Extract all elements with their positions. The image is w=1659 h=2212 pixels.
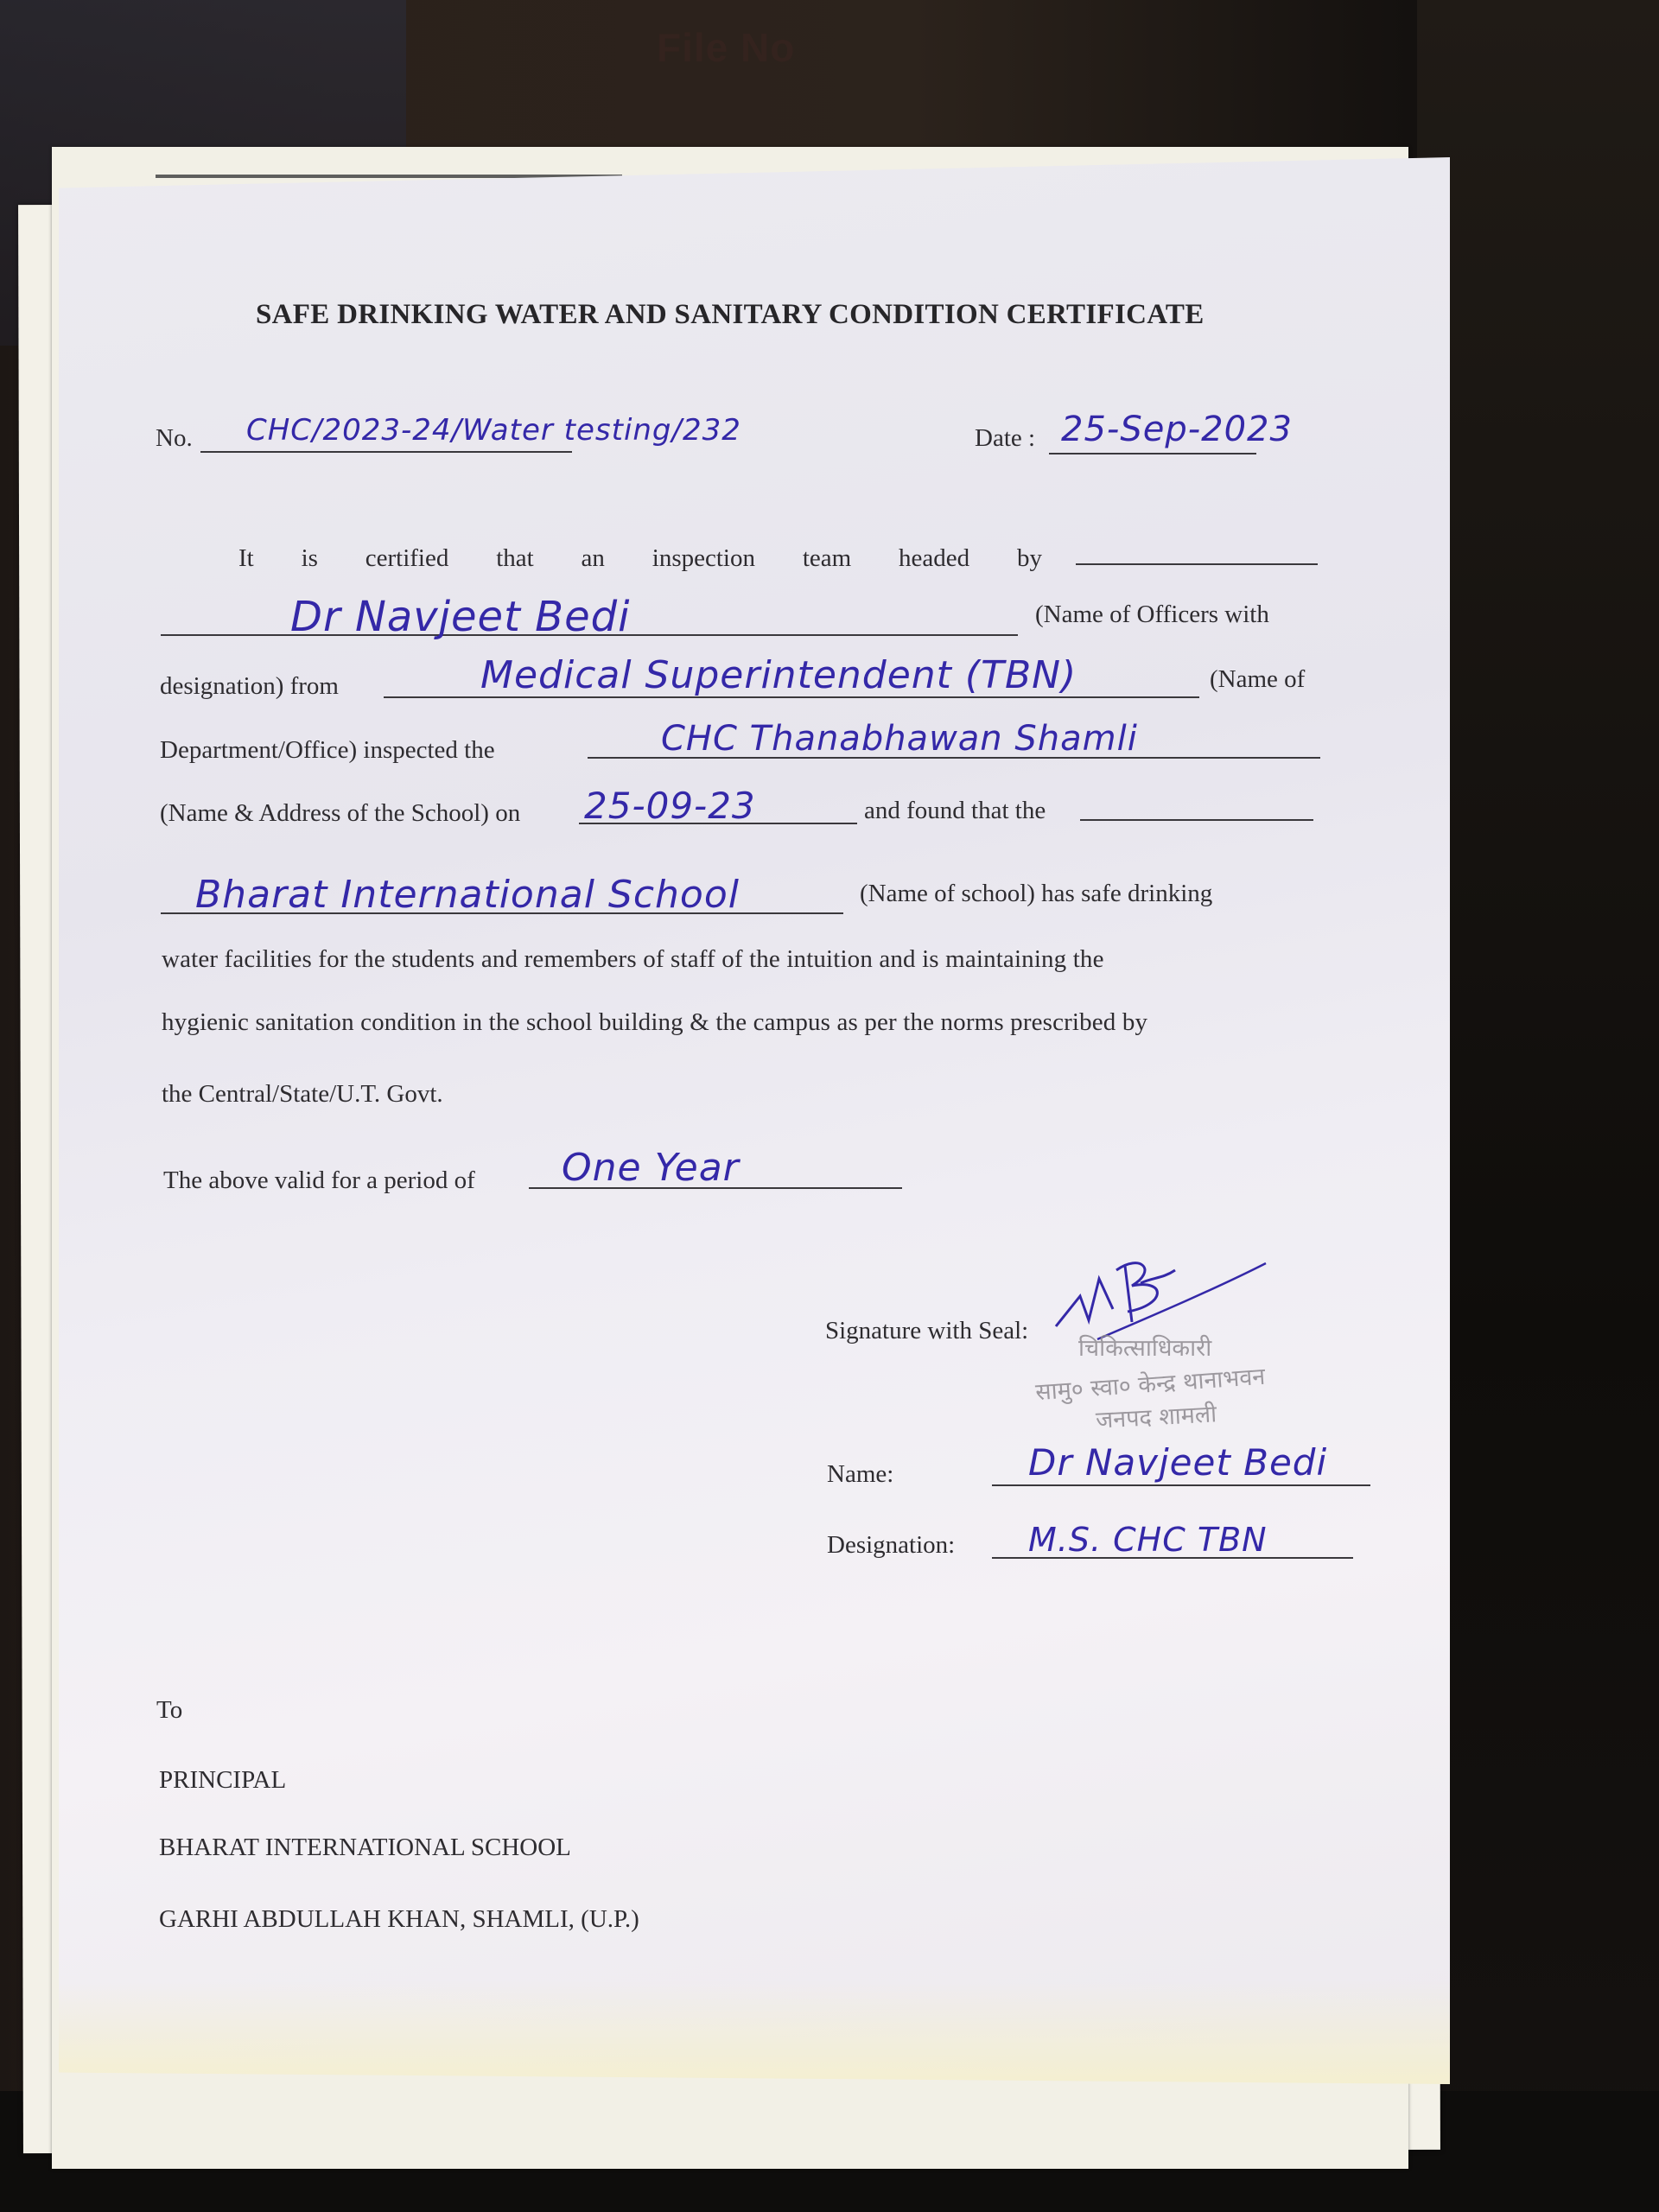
name-line xyxy=(992,1484,1370,1486)
name-label: Name: xyxy=(827,1460,893,1489)
school-address-label: (Name & Address of the School) on xyxy=(160,799,520,828)
intro-word: inspection xyxy=(652,544,755,573)
signatory-name: Dr Navjeet Bedi xyxy=(1028,1441,1327,1484)
paragraph-line-3: the Central/State/U.T. Govt. xyxy=(162,1080,443,1109)
inspected-prefix: Department/Office) inspected the xyxy=(160,736,495,765)
date-field-line xyxy=(1049,453,1256,454)
department-label: (Name of xyxy=(1210,665,1305,694)
officer-label: (Name of Officers with xyxy=(1035,601,1269,629)
intro-word: by xyxy=(1017,544,1042,573)
department-value: Medical Superintendent (TBN) xyxy=(480,653,1077,697)
seal-line-1: चिकित्साधिकारी xyxy=(1078,1331,1211,1363)
validity-value: One Year xyxy=(562,1146,740,1190)
intro-word: team xyxy=(803,544,851,573)
seal-line-3: जनपद शामली xyxy=(1095,1396,1217,1434)
recipient-line-3: GARHI ABDULLAH KHAN, SHAMLI, (U.P.) xyxy=(159,1905,639,1934)
certificate-title: SAFE DRINKING WATER AND SANITARY CONDITI… xyxy=(256,299,1205,331)
number-field-line xyxy=(200,451,572,453)
date-label: Date : xyxy=(975,424,1035,453)
paragraph-line-2: hygienic sanitation condition in the sch… xyxy=(162,1008,1147,1037)
found-line xyxy=(1080,819,1313,821)
school-label: (Name of school) has safe drinking xyxy=(860,880,1212,908)
certificate-date: 25-Sep-2023 xyxy=(1061,410,1293,449)
recipient-line-1: PRINCIPAL xyxy=(159,1766,286,1795)
school-address-value: CHC Thanabhawan Shamli xyxy=(661,719,1138,759)
recipient-to: To xyxy=(156,1696,182,1725)
intro-line: It is certified that an inspection team … xyxy=(238,544,1042,573)
validity-label: The above valid for a period of xyxy=(163,1166,475,1195)
certificate-document: SAFE DRINKING WATER AND SANITARY CONDITI… xyxy=(0,0,1659,2212)
found-text: and found that the xyxy=(864,797,1046,825)
inspection-date: 25-09-23 xyxy=(584,785,756,827)
intro-word: headed xyxy=(899,544,969,573)
intro-word: an xyxy=(582,544,605,573)
recipient-line-2: BHARAT INTERNATIONAL SCHOOL xyxy=(159,1834,571,1862)
school-name: Bharat International School xyxy=(195,873,740,917)
intro-word: that xyxy=(496,544,534,573)
designation-label: Designation: xyxy=(827,1531,955,1560)
number-label: No. xyxy=(156,424,193,453)
designation-prefix: designation) from xyxy=(160,672,339,701)
intro-word: It xyxy=(238,544,254,573)
signatory-designation: M.S. CHC TBN xyxy=(1028,1521,1268,1559)
signature-label: Signature with Seal: xyxy=(825,1317,1028,1345)
certificate-number: CHC/2023-24/Water testing/232 xyxy=(246,413,741,448)
intro-word: certified xyxy=(365,544,449,573)
officer-name: Dr Navjeet Bedi xyxy=(290,593,630,641)
headed-by-line xyxy=(1076,563,1318,565)
intro-word: is xyxy=(302,544,318,573)
paragraph-line-1: water facilities for the students and re… xyxy=(162,945,1104,974)
